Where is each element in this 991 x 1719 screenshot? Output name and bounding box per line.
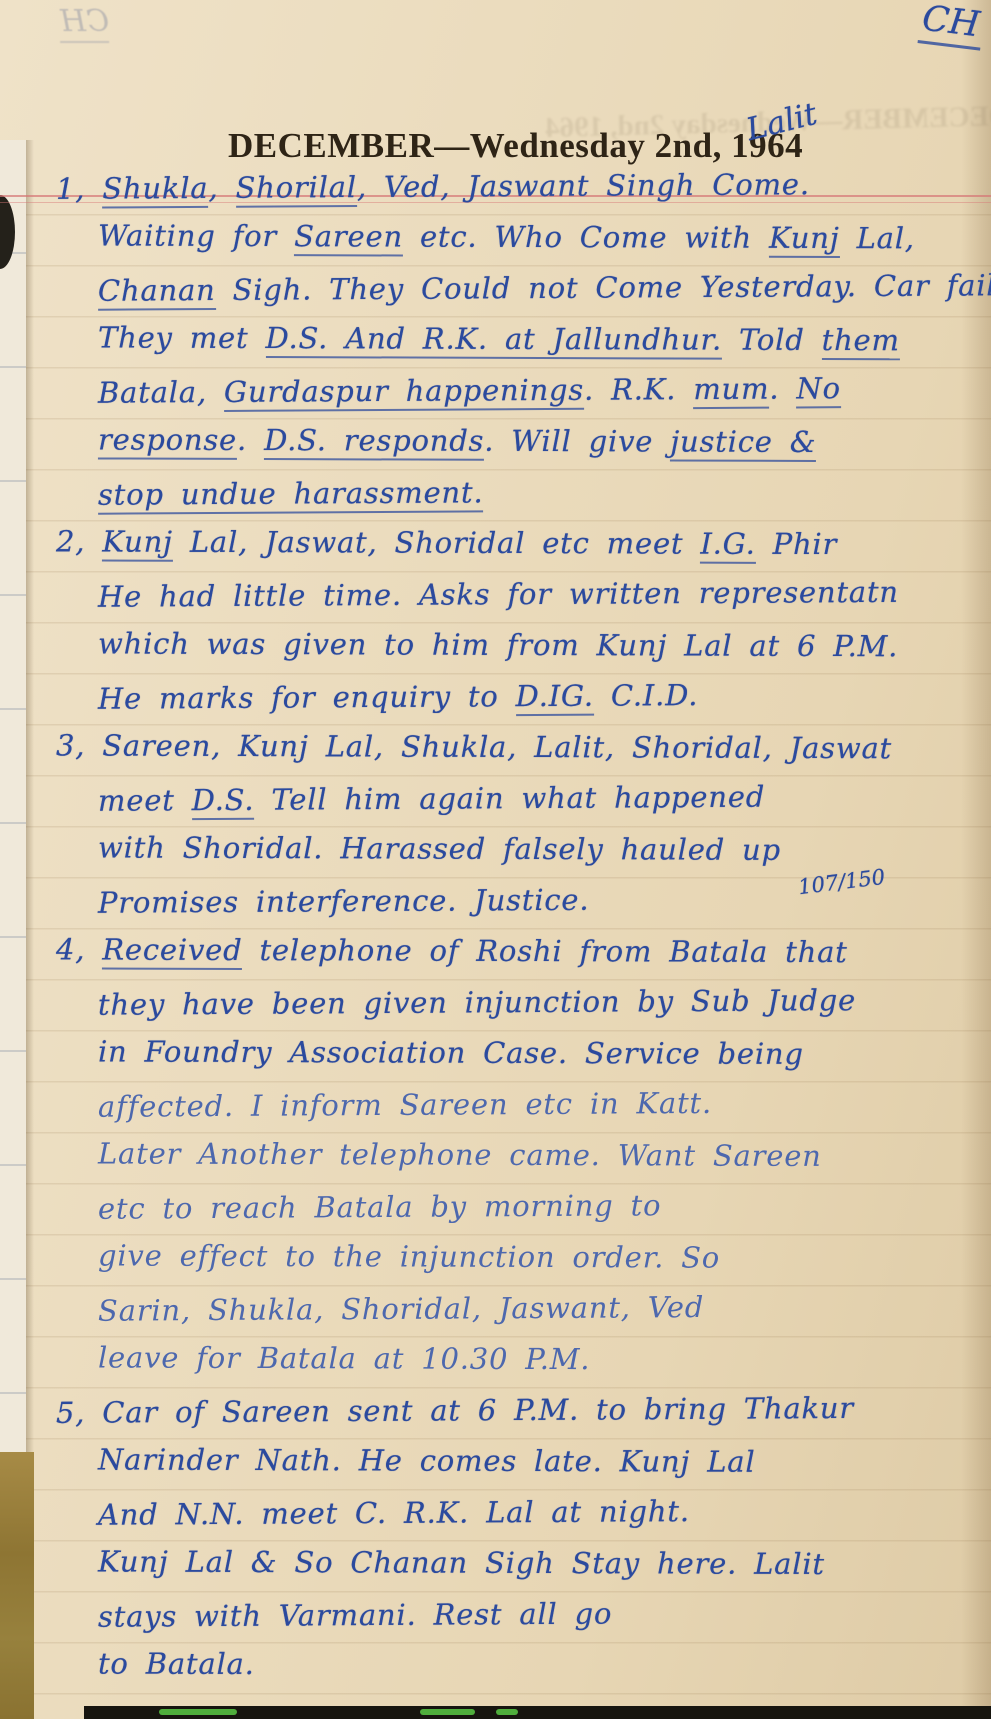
handwritten-text: C.I.D. [594,678,699,713]
handwritten-text: He marks for enquiry to [98,679,516,716]
handwritten-text: give effect to the injunction order. So [98,1238,720,1274]
underlined-text: D.S. [192,783,255,820]
handwritten-text: . R.K. [584,372,693,407]
diary-line: Sarin, Shukla, Shoridal, Jaswant, Ved [98,1281,987,1337]
diary-line: which was given to him from Kunj Lal at … [98,619,987,673]
handwritten-text: Sarin, Shukla, Shoridal, Jaswant, Ved [98,1290,704,1328]
corner-mark-faint: CH [60,4,109,43]
handwritten-text: they have been given injunction by Sub J… [98,983,856,1022]
handwritten-text: which was given to him from Kunj Lal at … [98,626,898,663]
handwritten-text: Told [722,323,822,357]
underlined-text: Kunj [769,221,840,258]
handwritten-text: leave for Batala at 10.30 P.M. [98,1340,590,1376]
diary-line: etc to reach Batala by morning to [98,1179,987,1235]
diary-line: 3, Sareen, Kunj Lal, Shukla, Lalit, Shor… [56,721,987,775]
diary-line: response. D.S. responds. Will give justi… [98,415,987,469]
diary-line: in Foundry Association Case. Service bei… [98,1027,987,1081]
diary-line: Chanan Sigh. They Could not Come Yesterd… [98,261,987,317]
diary-line: stop undue harassment. [98,465,987,521]
underlined-text: Shukla [102,171,208,209]
diary-line: He had little time. Asks for written rep… [98,567,987,623]
handwritten-text: . [769,371,796,405]
diary-line: They met D.S. And R.K. at Jallundhur. To… [98,313,987,367]
handwritten-text: Sigh. They Could not Come Yesterday. Car… [216,268,991,307]
handwritten-text: stays with Varmani. Rest all go [98,1597,612,1634]
underlined-text: D.S. And R.K. at Jallundhur. [265,321,722,360]
handwritten-text: . [237,423,264,457]
green-fleck [496,1709,518,1715]
diary-line: give effect to the injunction order. So [98,1231,987,1285]
underlined-text: Chanan [98,273,216,311]
diary-line: to Batala. [98,1639,987,1693]
underlined-text: Kunj [102,525,173,562]
underlined-text: I.G. [700,527,755,564]
handwritten-text: Tell him again what happened [254,780,765,817]
diary-lines: 1, Shukla, Shorilal, Ved, Jaswant Singh … [98,162,987,1692]
underlined-text: justice & [670,424,816,462]
handwritten-text: telephone of Roshi from Batala that [242,933,847,969]
diary-line: affected. I inform Sareen etc in Katt. [98,1077,987,1133]
handwritten-text: Batala, [98,375,224,410]
underlined-text: Gurdaspur happenings [224,373,584,412]
handwritten-text: to Batala. [98,1646,255,1681]
handwritten-text: meet [98,783,192,818]
green-fleck [159,1709,237,1715]
underlined-text: them [822,323,900,360]
handwritten-text: Kunj Lal & So Chanan Sigh Stay here. Lal… [98,1544,825,1581]
handwritten-text: 1, [56,172,103,206]
handwritten-text: Promises interference. Justice. [98,883,590,920]
diary-line: leave for Batala at 10.30 P.M. [98,1333,987,1387]
handwritten-text: They met [98,320,266,355]
underlined-text: Shorilal [235,170,357,208]
diary-line: 1, Shukla, Shorilal, Ved, Jaswant Singh … [56,159,987,216]
corner-mark-ink: CH [917,0,985,51]
handwritten-text: Phir [756,527,838,561]
handwritten-text: , Ved, Jaswant Singh Come. [357,167,810,204]
handwritten-text: , [208,171,235,205]
handwritten-text: etc. Who Come with [403,220,769,255]
header-annotation: Lalit [743,96,821,148]
diary-line: 2, Kunj Lal, Jaswat, Shoridal etc meet I… [56,517,987,571]
diary-line: 4, Received telephone of Roshi from Bata… [56,925,987,979]
bottom-edge-band [84,1706,991,1719]
handwritten-text: etc to reach Batala by morning to [98,1188,662,1225]
diary-line: 5, Car of Sareen sent at 6 P.M. to bring… [56,1383,987,1440]
underlined-text: mum [693,372,769,409]
handwritten-text: in Foundry Association Case. Service bei… [98,1034,804,1070]
handwritten-text: 2, [56,524,102,558]
diary-line: Batala, Gurdaspur happenings. R.K. mum. … [98,363,987,419]
tape-strip [0,1452,34,1719]
handwritten-text: Lal, Jaswat, Shoridal etc meet [173,525,701,561]
handwritten-text: Narinder Nath. He comes late. Kunj Lal [98,1442,756,1478]
underlined-text: Received [102,933,242,970]
diary-line: Narinder Nath. He comes late. Kunj Lal [98,1435,987,1489]
handwritten-text: affected. I inform Sareen etc in Katt. [98,1086,712,1124]
handwritten-text: He had little time. Asks for written rep… [98,575,899,614]
handwritten-text: Waiting for [98,218,294,253]
diary-line: Promises interference. Justice. [98,873,987,929]
handwritten-text: And N.N. meet C. R.K. Lal at night. [98,1494,690,1532]
handwritten-text: . Will give [484,424,670,459]
diary-line: with Shoridal. Harassed falsely hauled u… [98,823,987,877]
diary-line: And N.N. meet C. R.K. Lal at night. [98,1485,987,1541]
diary-page: DECEMBER—Wednesday 2nd, 1964 DECEMBER—We… [0,0,991,1719]
diary-line: Kunj Lal & So Chanan Sigh Stay here. Lal… [98,1537,987,1591]
green-fleck [420,1709,475,1715]
handwritten-text: 5, Car of Sareen sent at 6 P.M. to bring… [56,1391,854,1430]
handwritten-text: with Shoridal. Harassed falsely hauled u… [98,830,781,866]
underlined-text: Sareen [294,219,403,256]
handwritten-text: Lal, [840,221,915,255]
diary-line: meet D.S. Tell him again what happened [98,771,987,827]
diary-line: He marks for enquiry to D.IG. C.I.D. [98,669,987,725]
underlined-text: No [796,371,841,408]
diary-line: Waiting for Sareen etc. Who Come with Ku… [98,211,987,265]
handwritten-text: Later Another telephone came. Want Saree… [98,1136,822,1173]
handwritten-text: 3, Sareen, Kunj Lal, Shukla, Lalit, Shor… [56,728,892,765]
underlined-text: response [98,422,237,459]
handwritten-text: 4, [56,932,102,966]
diary-line: stays with Varmani. Rest all go [98,1587,987,1643]
diary-line: they have been given injunction by Sub J… [98,975,987,1031]
underlined-text: D.S. responds [264,423,484,461]
underlined-text: stop undue harassment. [98,475,484,514]
underlined-text: D.IG. [516,679,594,716]
diary-line: Later Another telephone came. Want Saree… [98,1129,987,1183]
